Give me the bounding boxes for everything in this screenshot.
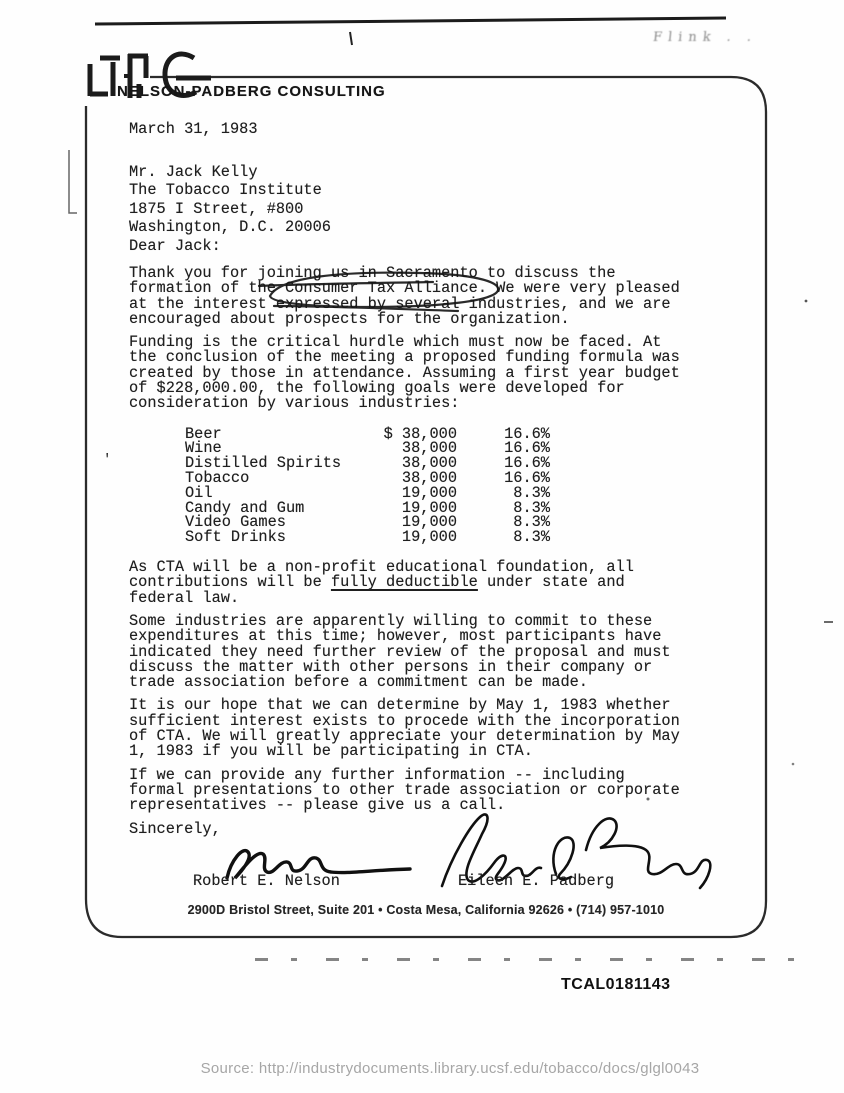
paragraph-further-info: If we can provide any further informatio… xyxy=(129,768,714,814)
signatory-name-padberg: Eileen E. Padberg xyxy=(458,872,614,890)
recipient-street: 1875 I Street, #800 xyxy=(129,200,331,218)
table-row: Tobacco 38,000 16.6% xyxy=(185,471,550,486)
paragraph-thank-you: Thank you for joining us in Sacramento t… xyxy=(129,266,714,327)
paragraph-cta-deductible: As CTA will be a non-profit educational … xyxy=(129,560,714,606)
recipient-organization: The Tobacco Institute xyxy=(129,181,331,199)
letter-body: Thank you for joining us in Sacramento t… xyxy=(129,266,714,845)
stray-tick-mark: ' xyxy=(103,452,111,468)
source-url-line: Source: http://industrydocuments.library… xyxy=(56,1060,844,1077)
table-row: Beer $ 38,000 16.6% xyxy=(185,427,550,442)
salutation: Dear Jack: xyxy=(129,237,221,255)
recipient-address-block: Mr. Jack Kelly The Tobacco Institute 187… xyxy=(129,163,331,237)
letter-date: March 31, 1983 xyxy=(129,120,258,138)
paragraph-deadline: It is our hope that we can determine by … xyxy=(129,698,714,759)
letter-page: NELSON-PADBERG CONSULTING Flink . . Marc… xyxy=(0,0,844,1093)
amount-cell: 19,000 xyxy=(381,530,457,545)
signatory-name-nelson: Robert E. Nelson xyxy=(193,872,340,890)
document-number: TCAL0181143 xyxy=(561,976,671,994)
company-name: NELSON-PADBERG CONSULTING xyxy=(117,83,386,100)
share-cell: 8.3% xyxy=(457,530,550,545)
scan-noise-line xyxy=(255,958,800,961)
table-row: Soft Drinks 19,000 8.3% xyxy=(185,530,550,545)
industry-cell: Tobacco xyxy=(185,471,381,486)
funding-goals-table: Beer $ 38,000 16.6% Wine 38,000 16.6% Di… xyxy=(185,427,550,545)
closing-sincerely: Sincerely, xyxy=(129,822,714,837)
recipient-city: Washington, D.C. 20006 xyxy=(129,218,331,236)
paragraph-funding: Funding is the critical hurdle which mus… xyxy=(129,335,714,411)
paragraph-commitment: Some industries are apparently willing t… xyxy=(129,614,714,690)
letterhead-footer-address: 2900D Bristol Street, Suite 201 • Costa … xyxy=(84,903,768,917)
industry-cell: Soft Drinks xyxy=(185,530,381,545)
scanned-letter-screenshot: { "letterhead": { "company_name": "NELSO… xyxy=(0,0,844,1093)
recipient-name: Mr. Jack Kelly xyxy=(129,163,331,181)
underlined-phrase: fully deductible xyxy=(331,573,478,591)
faint-handwritten-mark: Flink . . xyxy=(652,30,824,45)
